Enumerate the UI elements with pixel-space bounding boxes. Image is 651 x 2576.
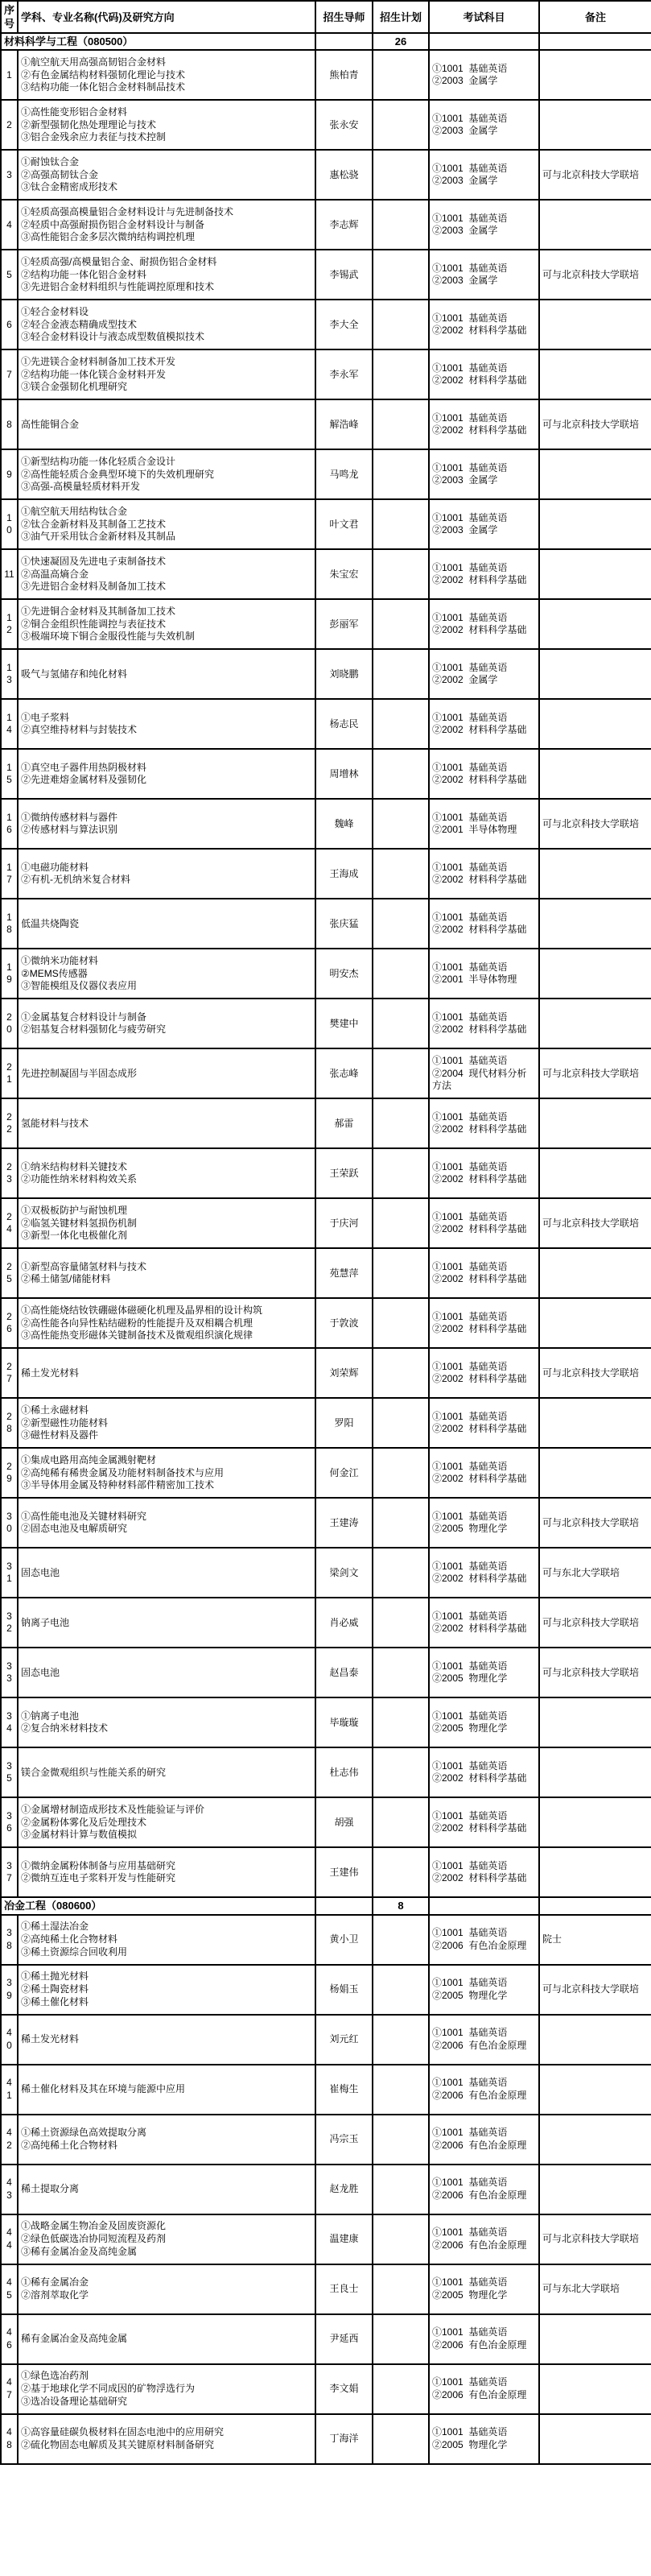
table-row: 3 ①耐蚀钛合金 ②高强高韧钛合金 ③钛合金精密成形技术 惠松骁 ①1001 基… bbox=[1, 150, 651, 200]
research-directions-cell: ①微纳米功能材料 ②MEMS传感器 ③智能模组及仪器仪表应用 bbox=[18, 949, 315, 999]
exam-subjects-cell: ①1001 基础英语 ②2002 材料科学基础 bbox=[429, 549, 539, 599]
research-directions-cell: ①轻质高强高模量铝合金材料设计与先进制备技术 ②轻质中高强耐损伤铝合金材料设计与… bbox=[18, 200, 315, 250]
row-number-cell: 33 bbox=[1, 1648, 18, 1697]
plan-cell bbox=[373, 549, 429, 599]
row-number-cell: 22 bbox=[1, 1098, 18, 1148]
plan-cell bbox=[373, 749, 429, 799]
exam-subjects-cell: ①1001 基础英语 ②2002 材料科学基础 bbox=[429, 1398, 539, 1448]
plan-cell bbox=[373, 300, 429, 349]
table-row: 11 ①快速凝固及先进电子束制备技术 ②高温高熵合金 ③先进铝合金材料及制备加工… bbox=[1, 549, 651, 599]
table-row: 12 ①先进铜合金材料及其制备加工技术 ②铜合金组织性能调控与表征技术 ③极端环… bbox=[1, 599, 651, 649]
exam-subjects-cell: ①1001 基础英语 ②2002 材料科学基础 bbox=[429, 1098, 539, 1148]
section-plan-cell: 8 bbox=[373, 1897, 429, 1914]
table-row: 28 ①稀土永磁材料 ②新型磁性功能材料 ③磁性材料及器件 罗阳 ①1001 基… bbox=[1, 1398, 651, 1448]
table-row: 40 稀土发光材料 刘元红 ①1001 基础英语 ②2006 有色冶金原理 bbox=[1, 2015, 651, 2065]
row-number-cell: 2 bbox=[1, 100, 18, 150]
advisor-cell: 于敦波 bbox=[315, 1298, 373, 1348]
row-number-cell: 36 bbox=[1, 1797, 18, 1847]
table-row: 14 ①电子浆料 ②真空维持材料与封装技术 杨志民 ①1001 基础英语 ②20… bbox=[1, 699, 651, 749]
research-directions-cell: ①稀土永磁材料 ②新型磁性功能材料 ③磁性材料及器件 bbox=[18, 1398, 315, 1448]
advisor-cell: 温建康 bbox=[315, 2214, 373, 2264]
row-number-cell: 6 bbox=[1, 300, 18, 349]
remark-cell: 可与北京科技大学联培 bbox=[539, 399, 651, 449]
research-directions-cell: ①航空航天用结构钛合金 ②钛合金新材料及其制备工艺技术 ③油气开采用钛合金新材料… bbox=[18, 499, 315, 549]
plan-cell bbox=[373, 699, 429, 749]
row-number-cell: 12 bbox=[1, 599, 18, 649]
research-directions-cell: 镁合金微观组织与性能关系的研究 bbox=[18, 1747, 315, 1797]
advisor-cell: 王良士 bbox=[315, 2264, 373, 2314]
row-number-cell: 40 bbox=[1, 2015, 18, 2065]
row-number-cell: 28 bbox=[1, 1398, 18, 1448]
research-directions-cell: ①耐蚀钛合金 ②高强高韧钛合金 ③钛合金精密成形技术 bbox=[18, 150, 315, 200]
remark-cell bbox=[539, 499, 651, 549]
table-row: 37 ①微纳金属粉体制备与应用基础研究 ②微纳互连电子浆料开发与性能研究 王建伟… bbox=[1, 1847, 651, 1897]
advisor-cell: 张志峰 bbox=[315, 1048, 373, 1098]
row-number-cell: 15 bbox=[1, 749, 18, 799]
remark-cell: 院士 bbox=[539, 1915, 651, 1965]
remark-cell: 可与北京科技大学联培 bbox=[539, 1348, 651, 1398]
research-directions-cell: ①微纳金属粉体制备与应用基础研究 ②微纳互连电子浆料开发与性能研究 bbox=[18, 1847, 315, 1897]
table-row: 31 固态电池 梁剑文 ①1001 基础英语 ②2002 材料科学基础 可与东北… bbox=[1, 1548, 651, 1598]
exam-subjects-cell: ①1001 基础英语 ②2002 材料科学基础 bbox=[429, 599, 539, 649]
advisor-cell: 刘晓鹏 bbox=[315, 649, 373, 699]
advisor-cell: 张庆猛 bbox=[315, 899, 373, 949]
table-row: 18 低温共烧陶瓷 张庆猛 ①1001 基础英语 ②2002 材料科学基础 bbox=[1, 899, 651, 949]
remark-cell bbox=[539, 2314, 651, 2364]
plan-cell bbox=[373, 1498, 429, 1548]
col-header-exam: 考试科目 bbox=[429, 1, 539, 33]
research-directions-cell: ①稀土资源绿色高效提取分离 ②高纯稀土化合物材料 bbox=[18, 2115, 315, 2165]
remark-cell bbox=[539, 899, 651, 949]
research-directions-cell: ①高容量硅碳负极材料在固态电池中的应用研究 ②硫化物固态电解质及其关键原材料制备… bbox=[18, 2414, 315, 2464]
section-advisor-cell bbox=[315, 1897, 373, 1914]
research-directions-cell: 低温共烧陶瓷 bbox=[18, 899, 315, 949]
plan-cell bbox=[373, 2115, 429, 2165]
col-header-remark: 备注 bbox=[539, 1, 651, 33]
research-directions-cell: 稀土提取分离 bbox=[18, 2165, 315, 2214]
plan-cell bbox=[373, 1148, 429, 1198]
research-directions-cell: ①高性能变形铝合金材料 ②新型强韧化热处理理论与技术 ③铝合金残余应力表征与技术… bbox=[18, 100, 315, 150]
plan-cell bbox=[373, 1298, 429, 1348]
table-row: 15 ①真空电子器件用热阴极材料 ②先进难熔金属材料及强韧化 周增林 ①1001… bbox=[1, 749, 651, 799]
table-row: 29 ①集成电路用高纯金属溅射靶材 ②高纯稀有稀贵金属及功能材料制备技术与应用 … bbox=[1, 1448, 651, 1498]
advisor-cell: 何金江 bbox=[315, 1448, 373, 1498]
row-number-cell: 18 bbox=[1, 899, 18, 949]
table-row: 5 ①轻质高强/高模量铝合金、耐损伤铝合金材料 ②结构功能一体化铝合金材料 ③先… bbox=[1, 250, 651, 300]
research-directions-cell: ①微纳传感材料与器件 ②传感材料与算法识别 bbox=[18, 799, 315, 849]
remark-cell: 可与北京科技大学联培 bbox=[539, 2214, 651, 2264]
research-directions-cell: ①真空电子器件用热阴极材料 ②先进难熔金属材料及强韧化 bbox=[18, 749, 315, 799]
exam-subjects-cell: ①1001 基础英语 ②2002 材料科学基础 bbox=[429, 349, 539, 399]
table-row: 21 先进控制凝固与半固态成形 张志峰 ①1001 基础英语 ②2004 现代材… bbox=[1, 1048, 651, 1098]
plan-cell bbox=[373, 2015, 429, 2065]
research-directions-cell: ①轻质高强/高模量铝合金、耐损伤铝合金材料 ②结构功能一体化铝合金材料 ③先进铝… bbox=[18, 250, 315, 300]
section-exam-cell bbox=[429, 33, 539, 50]
remark-cell bbox=[539, 449, 651, 499]
section-exam-cell bbox=[429, 1897, 539, 1914]
table-row: 13 吸气与氢储存和纯化材料 刘晓鹏 ①1001 基础英语 ②2002 金属学 bbox=[1, 649, 651, 699]
advisor-cell: 惠松骁 bbox=[315, 150, 373, 200]
section-remark-cell bbox=[539, 33, 651, 50]
advisor-cell: 杨娟玉 bbox=[315, 1965, 373, 2015]
row-number-cell: 7 bbox=[1, 349, 18, 399]
table-row: 17 ①电磁功能材料 ②有机-无机纳米复合材料 王海成 ①1001 基础英语 ②… bbox=[1, 849, 651, 899]
table-row: 6 ①轻合金材料设 ②轻合金液态精确成型技术 ③轻合金材料设计与液态成型数值模拟… bbox=[1, 300, 651, 349]
table-row: 20 ①金属基复合材料设计与制备 ②铝基复合材料强韧化与疲劳研究 樊建中 ①10… bbox=[1, 999, 651, 1048]
advisor-cell: 刘元红 bbox=[315, 2015, 373, 2065]
row-number-cell: 38 bbox=[1, 1915, 18, 1965]
research-directions-cell: 高性能铜合金 bbox=[18, 399, 315, 449]
row-number-cell: 26 bbox=[1, 1298, 18, 1348]
advisor-cell: 王海成 bbox=[315, 849, 373, 899]
row-number-cell: 11 bbox=[1, 549, 18, 599]
remark-cell bbox=[539, 699, 651, 749]
advisor-cell: 杜志伟 bbox=[315, 1747, 373, 1797]
table-row: 45 ①稀有金属冶金 ②溶剂萃取化学 王良士 ①1001 基础英语 ②2005 … bbox=[1, 2264, 651, 2314]
exam-subjects-cell: ①1001 基础英语 ②2002 材料科学基础 bbox=[429, 1448, 539, 1498]
row-number-cell: 42 bbox=[1, 2115, 18, 2165]
row-number-cell: 8 bbox=[1, 399, 18, 449]
exam-subjects-cell: ①1001 基础英语 ②2003 金属学 bbox=[429, 50, 539, 100]
research-directions-cell: ①金属增材制造成形技术及性能验证与评价 ②金属粉体雾化及后处理技术 ③金属材料计… bbox=[18, 1797, 315, 1847]
remark-cell bbox=[539, 649, 651, 699]
row-number-cell: 24 bbox=[1, 1198, 18, 1248]
exam-subjects-cell: ①1001 基础英语 ②2002 材料科学基础 bbox=[429, 1797, 539, 1847]
remark-cell bbox=[539, 2115, 651, 2165]
table-row: 7 ①先进镁合金材料制备加工技术开发 ②结构功能一体化镁合金材料开发 ③镁合金强… bbox=[1, 349, 651, 399]
exam-subjects-cell: ①1001 基础英语 ②2005 物理化学 bbox=[429, 1697, 539, 1747]
exam-subjects-cell: ①1001 基础英语 ②2005 物理化学 bbox=[429, 1648, 539, 1697]
exam-subjects-cell: ①1001 基础英语 ②2002 材料科学基础 bbox=[429, 1747, 539, 1797]
advisor-cell: 彭丽军 bbox=[315, 599, 373, 649]
remark-cell: 可与北京科技大学联培 bbox=[539, 1648, 651, 1697]
advisor-cell: 李文娟 bbox=[315, 2364, 373, 2414]
research-directions-cell: ①新型结构功能一体化轻质合金设计 ②高性能轻质合金典型环境下的失效机理研究 ③高… bbox=[18, 449, 315, 499]
exam-subjects-cell: ①1001 基础英语 ②2002 材料科学基础 bbox=[429, 1298, 539, 1348]
remark-cell bbox=[539, 2065, 651, 2115]
row-number-cell: 39 bbox=[1, 1965, 18, 2015]
table-row: 46 稀有金属冶金及高纯金属 尹延西 ①1001 基础英语 ②2006 有色冶金… bbox=[1, 2314, 651, 2364]
advisor-cell: 尹延西 bbox=[315, 2314, 373, 2364]
plan-cell bbox=[373, 50, 429, 100]
advisor-cell: 马鸣龙 bbox=[315, 449, 373, 499]
table-body: 材料科学与工程（080500） 26 1 ①航空航天用高强高韧铝合金材料 ②有色… bbox=[1, 33, 651, 2463]
research-directions-cell: ①纳米结构材料关键技术 ②功能性纳米材料构效关系 bbox=[18, 1148, 315, 1198]
plan-cell bbox=[373, 100, 429, 150]
section-row: 冶金工程（080600） 8 bbox=[1, 1897, 651, 1914]
remark-cell: 可与北京科技大学联培 bbox=[539, 250, 651, 300]
row-number-cell: 30 bbox=[1, 1498, 18, 1548]
row-number-cell: 9 bbox=[1, 449, 18, 499]
advisor-cell: 魏峰 bbox=[315, 799, 373, 849]
research-directions-cell: ①稀有金属冶金 ②溶剂萃取化学 bbox=[18, 2264, 315, 2314]
advisor-cell: 赵昌泰 bbox=[315, 1648, 373, 1697]
plan-cell bbox=[373, 2364, 429, 2414]
row-number-cell: 43 bbox=[1, 2165, 18, 2214]
table-row: 33 固态电池 赵昌泰 ①1001 基础英语 ②2005 物理化学 可与北京科技… bbox=[1, 1648, 651, 1697]
research-directions-cell: ①金属基复合材料设计与制备 ②铝基复合材料强韧化与疲劳研究 bbox=[18, 999, 315, 1048]
plan-cell bbox=[373, 649, 429, 699]
exam-subjects-cell: ①1001 基础英语 ②2006 有色冶金原理 bbox=[429, 2115, 539, 2165]
table-row: 47 ①绿色选冶药剂 ②基于地球化学不同成因的矿物浮选行为 ③选冶设备理论基础研… bbox=[1, 2364, 651, 2414]
advisor-cell: 王建伟 bbox=[315, 1847, 373, 1897]
table-row: 4 ①轻质高强高模量铝合金材料设计与先进制备技术 ②轻质中高强耐损伤铝合金材料设… bbox=[1, 200, 651, 250]
advisor-cell: 胡强 bbox=[315, 1797, 373, 1847]
remark-cell: 可与北京科技大学联培 bbox=[539, 799, 651, 849]
plan-cell bbox=[373, 449, 429, 499]
row-number-cell: 5 bbox=[1, 250, 18, 300]
remark-cell: 可与北京科技大学联培 bbox=[539, 150, 651, 200]
plan-cell bbox=[373, 949, 429, 999]
research-directions-cell: ①双极板防护与耐蚀机理 ②临氢关键材料氢损伤机制 ③新型一体化电极催化剂 bbox=[18, 1198, 315, 1248]
plan-cell bbox=[373, 1248, 429, 1298]
section-title: 材料科学与工程（080500） bbox=[1, 33, 315, 50]
table-row: 38 ①稀土湿法冶金 ②高纯稀土化合物材料 ③稀土资源综合回收利用 黄小卫 ①1… bbox=[1, 1915, 651, 1965]
table-row: 35 镁合金微观组织与性能关系的研究 杜志伟 ①1001 基础英语 ②2002 … bbox=[1, 1747, 651, 1797]
remark-cell: 可与北京科技大学联培 bbox=[539, 1598, 651, 1648]
plan-cell bbox=[373, 1548, 429, 1598]
advisor-cell: 杨志民 bbox=[315, 699, 373, 749]
research-directions-cell: ①航空航天用高强高韧铝合金材料 ②有色金属结构材料强韧化理论与技术 ③结构功能一… bbox=[18, 50, 315, 100]
advisor-cell: 叶文君 bbox=[315, 499, 373, 549]
advisor-cell: 王建涛 bbox=[315, 1498, 373, 1548]
research-directions-cell: ①电子浆料 ②真空维持材料与封装技术 bbox=[18, 699, 315, 749]
plan-cell bbox=[373, 1048, 429, 1098]
advisor-cell: 于庆河 bbox=[315, 1198, 373, 1248]
remark-cell: 可与北京科技大学联培 bbox=[539, 1198, 651, 1248]
exam-subjects-cell: ①1001 基础英语 ②2002 材料科学基础 bbox=[429, 1198, 539, 1248]
exam-subjects-cell: ①1001 基础英语 ②2002 材料科学基础 bbox=[429, 1148, 539, 1198]
plan-cell bbox=[373, 2264, 429, 2314]
exam-subjects-cell: ①1001 基础英语 ②2002 金属学 bbox=[429, 649, 539, 699]
remark-cell bbox=[539, 200, 651, 250]
plan-cell bbox=[373, 999, 429, 1048]
exam-subjects-cell: ①1001 基础英语 ②2002 材料科学基础 bbox=[429, 1548, 539, 1598]
exam-subjects-cell: ①1001 基础英语 ②2003 金属学 bbox=[429, 100, 539, 150]
plan-cell bbox=[373, 2314, 429, 2364]
section-title: 冶金工程（080600） bbox=[1, 1897, 315, 1914]
remark-cell bbox=[539, 1747, 651, 1797]
table-row: 19 ①微纳米功能材料 ②MEMS传感器 ③智能模组及仪器仪表应用 明安杰 ①1… bbox=[1, 949, 651, 999]
admissions-table: 序号 学科、专业名称(代码)及研究方向 招生导师 招生计划 考试科目 备注 材料… bbox=[0, 0, 651, 2465]
table-row: 23 ①纳米结构材料关键技术 ②功能性纳米材料构效关系 王荣跃 ①1001 基础… bbox=[1, 1148, 651, 1198]
research-directions-cell: 稀土发光材料 bbox=[18, 2015, 315, 2065]
col-header-major: 学科、专业名称(代码)及研究方向 bbox=[18, 1, 315, 33]
plan-cell bbox=[373, 2214, 429, 2264]
table-row: 26 ①高性能烧结钕铁硼磁体磁硬化机理及晶界相的设计构筑 ②高性能各向异性粘结磁… bbox=[1, 1298, 651, 1348]
advisor-cell: 朱宝宏 bbox=[315, 549, 373, 599]
plan-cell bbox=[373, 399, 429, 449]
remark-cell bbox=[539, 1448, 651, 1498]
plan-cell bbox=[373, 200, 429, 250]
remark-cell bbox=[539, 599, 651, 649]
exam-subjects-cell: ①1001 基础英语 ②2002 材料科学基础 bbox=[429, 749, 539, 799]
research-directions-cell: ①先进镁合金材料制备加工技术开发 ②结构功能一体化镁合金材料开发 ③镁合金强韧化… bbox=[18, 349, 315, 399]
row-number-cell: 25 bbox=[1, 1248, 18, 1298]
exam-subjects-cell: ①1001 基础英语 ②2002 材料科学基础 bbox=[429, 1847, 539, 1897]
col-header-plan: 招生计划 bbox=[373, 1, 429, 33]
table-row: 2 ①高性能变形铝合金材料 ②新型强韧化热处理理论与技术 ③铝合金残余应力表征与… bbox=[1, 100, 651, 150]
table-row: 32 钠离子电池 肖必威 ①1001 基础英语 ②2002 材料科学基础 可与北… bbox=[1, 1598, 651, 1648]
research-directions-cell: ①先进铜合金材料及其制备加工技术 ②铜合金组织性能调控与表征技术 ③极端环境下铜… bbox=[18, 599, 315, 649]
table-row: 10 ①航空航天用结构钛合金 ②钛合金新材料及其制备工艺技术 ③油气开采用钛合金… bbox=[1, 499, 651, 549]
row-number-cell: 14 bbox=[1, 699, 18, 749]
row-number-cell: 13 bbox=[1, 649, 18, 699]
plan-cell bbox=[373, 2165, 429, 2214]
exam-subjects-cell: ①1001 基础英语 ②2005 物理化学 bbox=[429, 2414, 539, 2464]
exam-subjects-cell: ①1001 基础英语 ②2003 金属学 bbox=[429, 200, 539, 250]
plan-cell bbox=[373, 1965, 429, 2015]
row-number-cell: 41 bbox=[1, 2065, 18, 2115]
exam-subjects-cell: ①1001 基础英语 ②2002 材料科学基础 bbox=[429, 1348, 539, 1398]
plan-cell bbox=[373, 150, 429, 200]
remark-cell bbox=[539, 1398, 651, 1448]
plan-cell bbox=[373, 1198, 429, 1248]
exam-subjects-cell: ①1001 基础英语 ②2006 有色冶金原理 bbox=[429, 2015, 539, 2065]
research-directions-cell: ①高性能烧结钕铁硼磁体磁硬化机理及晶界相的设计构筑 ②高性能各向异性粘结磁粉的性… bbox=[18, 1298, 315, 1348]
exam-subjects-cell: ①1001 基础英语 ②2006 有色冶金原理 bbox=[429, 2314, 539, 2364]
remark-cell bbox=[539, 549, 651, 599]
table-row: 25 ①新型高容量储氢材料与技术 ②稀土储氢/储能材料 苑慧萍 ①1001 基础… bbox=[1, 1248, 651, 1298]
research-directions-cell: ①新型高容量储氢材料与技术 ②稀土储氢/储能材料 bbox=[18, 1248, 315, 1298]
row-number-cell: 32 bbox=[1, 1598, 18, 1648]
plan-cell bbox=[373, 499, 429, 549]
col-header-num: 序号 bbox=[1, 1, 18, 33]
remark-cell: 可与北京科技大学联培 bbox=[539, 1498, 651, 1548]
remark-cell bbox=[539, 2414, 651, 2464]
table-row: 34 ①钠离子电池 ②复合纳米材料技术 毕璇璇 ①1001 基础英语 ②2005… bbox=[1, 1697, 651, 1747]
remark-cell bbox=[539, 1847, 651, 1897]
exam-subjects-cell: ①1001 基础英语 ②2001 半导体物理 bbox=[429, 799, 539, 849]
row-number-cell: 16 bbox=[1, 799, 18, 849]
table-row: 42 ①稀土资源绿色高效提取分离 ②高纯稀土化合物材料 冯宗玉 ①1001 基础… bbox=[1, 2115, 651, 2165]
advisor-cell: 王荣跃 bbox=[315, 1148, 373, 1198]
remark-cell bbox=[539, 100, 651, 150]
research-directions-cell: 先进控制凝固与半固态成形 bbox=[18, 1048, 315, 1098]
table-row: 22 氢能材料与技术 郝雷 ①1001 基础英语 ②2002 材料科学基础 bbox=[1, 1098, 651, 1148]
plan-cell bbox=[373, 1448, 429, 1498]
exam-subjects-cell: ①1001 基础英语 ②2005 物理化学 bbox=[429, 1965, 539, 2015]
table-row: 8 高性能铜合金 解浩峰 ①1001 基础英语 ②2002 材料科学基础 可与北… bbox=[1, 399, 651, 449]
table-row: 24 ①双极板防护与耐蚀机理 ②临氢关键材料氢损伤机制 ③新型一体化电极催化剂 … bbox=[1, 1198, 651, 1248]
plan-cell bbox=[373, 1648, 429, 1697]
table-row: 41 稀土催化材料及其在环境与能源中应用 崔梅生 ①1001 基础英语 ②200… bbox=[1, 2065, 651, 2115]
research-directions-cell: 固态电池 bbox=[18, 1648, 315, 1697]
table-row: 48 ①高容量硅碳负极材料在固态电池中的应用研究 ②硫化物固态电解质及其关键原材… bbox=[1, 2414, 651, 2464]
exam-subjects-cell: ①1001 基础英语 ②2001 半导体物理 bbox=[429, 949, 539, 999]
exam-subjects-cell: ①1001 基础英语 ②2002 材料科学基础 bbox=[429, 1248, 539, 1298]
research-directions-cell: 稀土催化材料及其在环境与能源中应用 bbox=[18, 2065, 315, 2115]
research-directions-cell: 钠离子电池 bbox=[18, 1598, 315, 1648]
row-number-cell: 27 bbox=[1, 1348, 18, 1398]
row-number-cell: 21 bbox=[1, 1048, 18, 1098]
table-row: 44 ①战略金属生物冶金及固废资源化 ②绿色低碳选冶协同短流程及药剂 ③稀有金属… bbox=[1, 2214, 651, 2264]
plan-cell bbox=[373, 1348, 429, 1398]
research-directions-cell: ①电磁功能材料 ②有机-无机纳米复合材料 bbox=[18, 849, 315, 899]
advisor-cell: 熊柏青 bbox=[315, 50, 373, 100]
advisor-cell: 梁剑文 bbox=[315, 1548, 373, 1598]
plan-cell bbox=[373, 250, 429, 300]
advisor-cell: 李锡武 bbox=[315, 250, 373, 300]
remark-cell bbox=[539, 749, 651, 799]
research-directions-cell: ①轻合金材料设 ②轻合金液态精确成型技术 ③轻合金材料设计与液态成型数值模拟技术 bbox=[18, 300, 315, 349]
remark-cell: 可与东北大学联培 bbox=[539, 1548, 651, 1598]
plan-cell bbox=[373, 1598, 429, 1648]
remark-cell bbox=[539, 2015, 651, 2065]
research-directions-cell: ①战略金属生物冶金及固废资源化 ②绿色低碳选冶协同短流程及药剂 ③稀有金属冶金及… bbox=[18, 2214, 315, 2264]
advisor-cell: 樊建中 bbox=[315, 999, 373, 1048]
exam-subjects-cell: ①1001 基础英语 ②2006 有色冶金原理 bbox=[429, 2364, 539, 2414]
advisor-cell: 李志辉 bbox=[315, 200, 373, 250]
row-number-cell: 20 bbox=[1, 999, 18, 1048]
section-plan-cell: 26 bbox=[373, 33, 429, 50]
exam-subjects-cell: ①1001 基础英语 ②2006 有色冶金原理 bbox=[429, 2165, 539, 2214]
research-directions-cell: 吸气与氢储存和纯化材料 bbox=[18, 649, 315, 699]
advisor-cell: 刘荣辉 bbox=[315, 1348, 373, 1398]
remark-cell bbox=[539, 50, 651, 100]
research-directions-cell: ①高性能电池及关键材料研究 ②固态电池及电解质研究 bbox=[18, 1498, 315, 1548]
remark-cell bbox=[539, 349, 651, 399]
advisor-cell: 周增林 bbox=[315, 749, 373, 799]
table-row: 39 ①稀土抛光材料 ②稀土陶瓷材料 ③稀土催化材料 杨娟玉 ①1001 基础英… bbox=[1, 1965, 651, 2015]
row-number-cell: 48 bbox=[1, 2414, 18, 2464]
plan-cell bbox=[373, 1398, 429, 1448]
row-number-cell: 4 bbox=[1, 200, 18, 250]
plan-cell bbox=[373, 1847, 429, 1897]
exam-subjects-cell: ①1001 基础英语 ②2003 金属学 bbox=[429, 499, 539, 549]
row-number-cell: 45 bbox=[1, 2264, 18, 2314]
remark-cell: 可与北京科技大学联培 bbox=[539, 1048, 651, 1098]
plan-cell bbox=[373, 599, 429, 649]
plan-cell bbox=[373, 799, 429, 849]
remark-cell bbox=[539, 1098, 651, 1148]
remark-cell bbox=[539, 999, 651, 1048]
exam-subjects-cell: ①1001 基础英语 ②2003 金属学 bbox=[429, 449, 539, 499]
advisor-cell: 崔梅生 bbox=[315, 2065, 373, 2115]
section-advisor-cell bbox=[315, 33, 373, 50]
advisor-cell: 肖必威 bbox=[315, 1598, 373, 1648]
advisor-cell: 罗阳 bbox=[315, 1398, 373, 1448]
plan-cell bbox=[373, 849, 429, 899]
row-number-cell: 29 bbox=[1, 1448, 18, 1498]
exam-subjects-cell: ①1001 基础英语 ②2006 有色冶金原理 bbox=[429, 2065, 539, 2115]
remark-cell bbox=[539, 949, 651, 999]
exam-subjects-cell: ①1001 基础英语 ②2002 材料科学基础 bbox=[429, 699, 539, 749]
exam-subjects-cell: ①1001 基础英语 ②2006 有色冶金原理 bbox=[429, 2214, 539, 2264]
section-row: 材料科学与工程（080500） 26 bbox=[1, 33, 651, 50]
row-number-cell: 17 bbox=[1, 849, 18, 899]
row-number-cell: 46 bbox=[1, 2314, 18, 2364]
exam-subjects-cell: ①1001 基础英语 ②2006 有色冶金原理 bbox=[429, 1915, 539, 1965]
exam-subjects-cell: ①1001 基础英语 ②2003 金属学 bbox=[429, 150, 539, 200]
research-directions-cell: 稀有金属冶金及高纯金属 bbox=[18, 2314, 315, 2364]
plan-cell bbox=[373, 1915, 429, 1965]
advisor-cell: 丁海洋 bbox=[315, 2414, 373, 2464]
advisor-cell: 冯宗玉 bbox=[315, 2115, 373, 2165]
row-number-cell: 19 bbox=[1, 949, 18, 999]
advisor-cell: 李永军 bbox=[315, 349, 373, 399]
remark-cell bbox=[539, 1148, 651, 1198]
exam-subjects-cell: ①1001 基础英语 ②2002 材料科学基础 bbox=[429, 399, 539, 449]
table-row: 16 ①微纳传感材料与器件 ②传感材料与算法识别 魏峰 ①1001 基础英语 ②… bbox=[1, 799, 651, 849]
exam-subjects-cell: ①1001 基础英语 ②2002 材料科学基础 bbox=[429, 999, 539, 1048]
remark-cell bbox=[539, 300, 651, 349]
exam-subjects-cell: ①1001 基础英语 ②2005 物理化学 bbox=[429, 1498, 539, 1548]
research-directions-cell: 固态电池 bbox=[18, 1548, 315, 1598]
research-directions-cell: ①集成电路用高纯金属溅射靶材 ②高纯稀有稀贵金属及功能材料制备技术与应用 ③半导… bbox=[18, 1448, 315, 1498]
research-directions-cell: 稀土发光材料 bbox=[18, 1348, 315, 1398]
research-directions-cell: ①稀土抛光材料 ②稀土陶瓷材料 ③稀土催化材料 bbox=[18, 1965, 315, 2015]
